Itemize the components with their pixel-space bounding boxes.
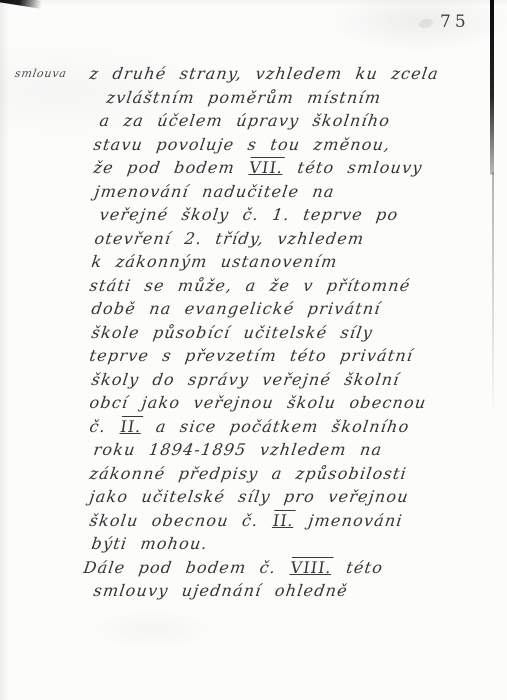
document-page: 75 smlouva z druhé strany, vzhledem ku z… <box>0 0 507 700</box>
text-line: zvláštním poměrům místním <box>0 86 507 110</box>
handwritten-line: veřejné školy č. 1. teprve po <box>98 203 400 227</box>
text-line: obcí jako veřejnou školu obecnou <box>0 391 507 415</box>
text-line: k zákonným ustanovením <box>0 250 507 274</box>
text-line: že pod bodem VII. této smlouvy <box>0 156 507 180</box>
text-line: smlouva z druhé strany, vzhledem ku zcel… <box>0 62 507 86</box>
text-line: stavu povoluje s tou změnou, <box>0 133 507 157</box>
text-line: a za účelem úpravy školního <box>0 109 507 133</box>
text-line: době na evangelické privátní <box>0 297 507 321</box>
text-line: jmenování nadučitele na <box>0 180 507 204</box>
text-line: otevření 2. třídy, vzhledem <box>0 227 507 251</box>
roman-numeral: II. <box>271 511 297 530</box>
handwritten-line: době na evangelické privátní <box>90 297 382 321</box>
handwritten-line: zákonné předpisy a způsobilosti <box>88 462 409 486</box>
text-line: jako učitelské síly pro veřejnou <box>0 485 507 509</box>
ink-smudge <box>418 17 434 30</box>
text-line: zákonné předpisy a způsobilosti <box>0 462 507 486</box>
text-line: č. II. a sice počátkem školního <box>0 415 507 439</box>
handwritten-line: k zákonným ustanovením <box>90 250 339 274</box>
text-line: teprve s převzetím této privátní <box>0 344 507 368</box>
handwritten-text-block: smlouva z druhé strany, vzhledem ku zcel… <box>0 62 507 603</box>
text-line: Dále pod bodem č. VIII. této <box>0 556 507 580</box>
handwritten-line: zvláštním poměrům místním <box>105 86 383 110</box>
handwritten-line: Dále pod bodem č. VIII. této <box>82 556 385 580</box>
text-line: veřejné školy č. 1. teprve po <box>0 203 507 227</box>
handwritten-line: obcí jako veřejnou školu obecnou <box>88 391 428 415</box>
page-number: 75 <box>440 12 470 32</box>
handwritten-line: smlouvy ujednání ohledně <box>92 579 350 603</box>
handwritten-line: státi se může, a že v přítomné <box>88 274 412 298</box>
scan-corner-mark <box>0 0 44 9</box>
text-line: smlouvy ujednání ohledně <box>0 579 507 603</box>
handwritten-line: roku 1894-1895 vzhledem na <box>92 438 384 462</box>
roman-numeral: II. <box>118 417 144 436</box>
handwritten-line: býti mohou. <box>90 532 210 556</box>
handwritten-line: školy do správy veřejné školní <box>90 368 401 392</box>
handwritten-line: č. II. a sice počátkem školního <box>88 415 411 439</box>
handwritten-line: z druhé strany, vzhledem ku zcela <box>88 62 441 86</box>
handwritten-line: otevření 2. třídy, vzhledem <box>93 227 366 251</box>
handwritten-line: školu obecnou č. II. jmenováni <box>88 509 404 533</box>
handwritten-line: a za účelem úpravy školního <box>98 109 392 133</box>
text-line: býti mohou. <box>0 532 507 556</box>
handwritten-line: jako učitelské síly pro veřejnou <box>88 485 410 509</box>
handwritten-line: teprve s převzetím této privátní <box>88 344 415 368</box>
handwritten-line: jmenování nadučitele na <box>93 180 336 204</box>
roman-numeral: VIII. <box>288 558 334 577</box>
handwritten-line: stavu povoluje s tou změnou, <box>92 133 392 157</box>
text-line: školy do správy veřejné školní <box>0 368 507 392</box>
handwritten-line: škole působící učitelské síly <box>90 321 375 345</box>
roman-numeral: VII. <box>247 158 286 177</box>
text-line: státi se může, a že v přítomné <box>0 274 507 298</box>
margin-note: smlouva <box>13 62 69 86</box>
text-line: školu obecnou č. II. jmenováni <box>0 509 507 533</box>
text-line: roku 1894-1895 vzhledem na <box>0 438 507 462</box>
text-line: škole působící učitelské síly <box>0 321 507 345</box>
handwritten-line: že pod bodem VII. této smlouvy <box>92 156 424 180</box>
